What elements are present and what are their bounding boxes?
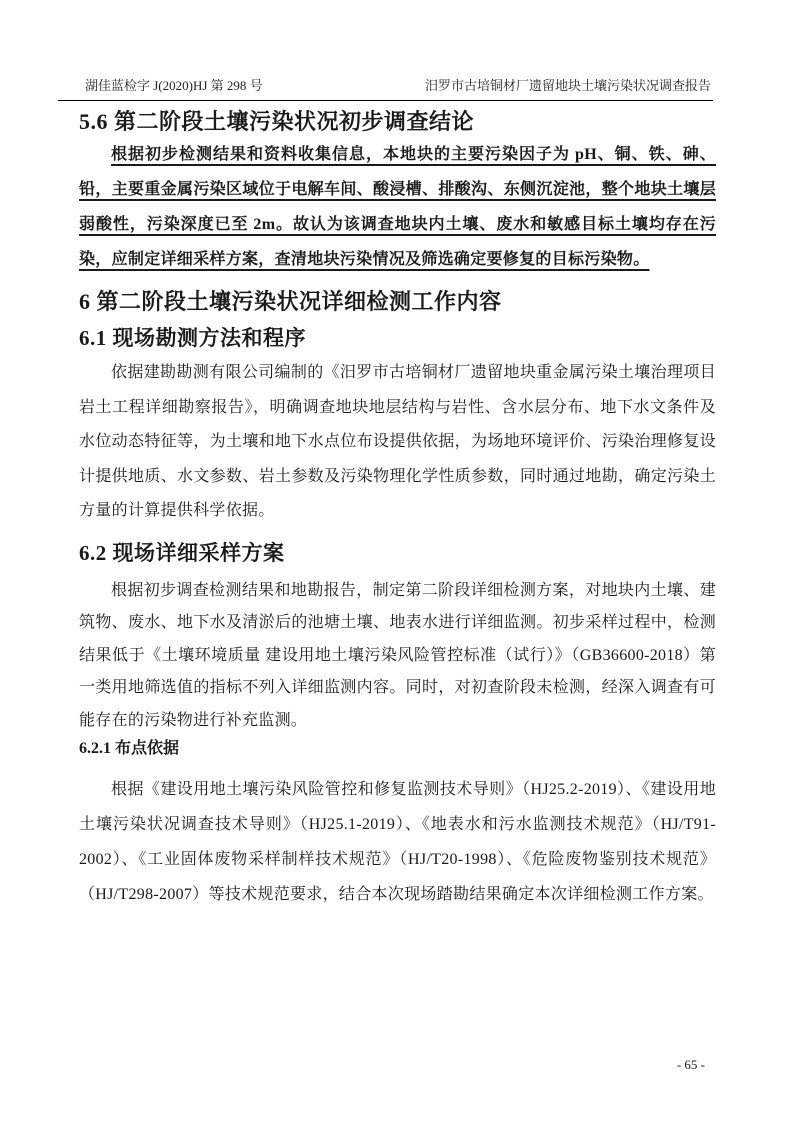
header-report-title: 汨罗市古培铜材厂遗留地块土壤污染状况调查报告 xyxy=(425,78,713,94)
heading-6-chapter: 6 第二阶段土壤污染状况详细检测工作内容 xyxy=(79,287,716,317)
page-header: 湖佳蓝检字 J(2020)HJ 第 298 号 汨罗市古培铜材厂遗留地块土壤污染… xyxy=(58,78,713,101)
para-layout-basis: 根据《建设用地土壤污染风险管控和修复监测技术导则》（HJ25.2-2019）、《… xyxy=(79,772,716,912)
heading-6-1-survey-method: 6.1 现场勘测方法和程序 xyxy=(79,324,716,352)
heading-6-2-1-layout-basis: 6.2.1 布点依据 xyxy=(79,738,716,760)
heading-6-2-sampling-plan: 6.2 现场详细采样方案 xyxy=(79,539,716,567)
page-number: - 65 - xyxy=(677,1057,705,1073)
header-document-number: 湖佳蓝检字 J(2020)HJ 第 298 号 xyxy=(58,78,263,94)
report-page: 湖佳蓝检字 J(2020)HJ 第 298 号 汨罗市古培铜材厂遗留地块土壤污染… xyxy=(0,0,793,1122)
heading-5-6-preliminary-conclusion: 5.6 第二阶段土壤污染状况初步调查结论 xyxy=(79,107,716,137)
page-content: 5.6 第二阶段土壤污染状况初步调查结论 根据初步检测结果和资料收集信息，本地块… xyxy=(79,107,716,912)
para-preliminary-conclusion: 根据初步检测结果和资料收集信息，本地块的主要污染因子为 pH、铜、铁、砷、铅，主… xyxy=(79,137,716,277)
para-sampling-plan: 根据初步调查检测结果和地勘报告，制定第二阶段详细检测方案，对地块内土壤、建筑物、… xyxy=(79,575,716,738)
para-survey-method: 依据建勘勘测有限公司编制的《汨罗市古培铜材厂遗留地块重金属污染土壤治理项目岩土工… xyxy=(79,356,716,529)
